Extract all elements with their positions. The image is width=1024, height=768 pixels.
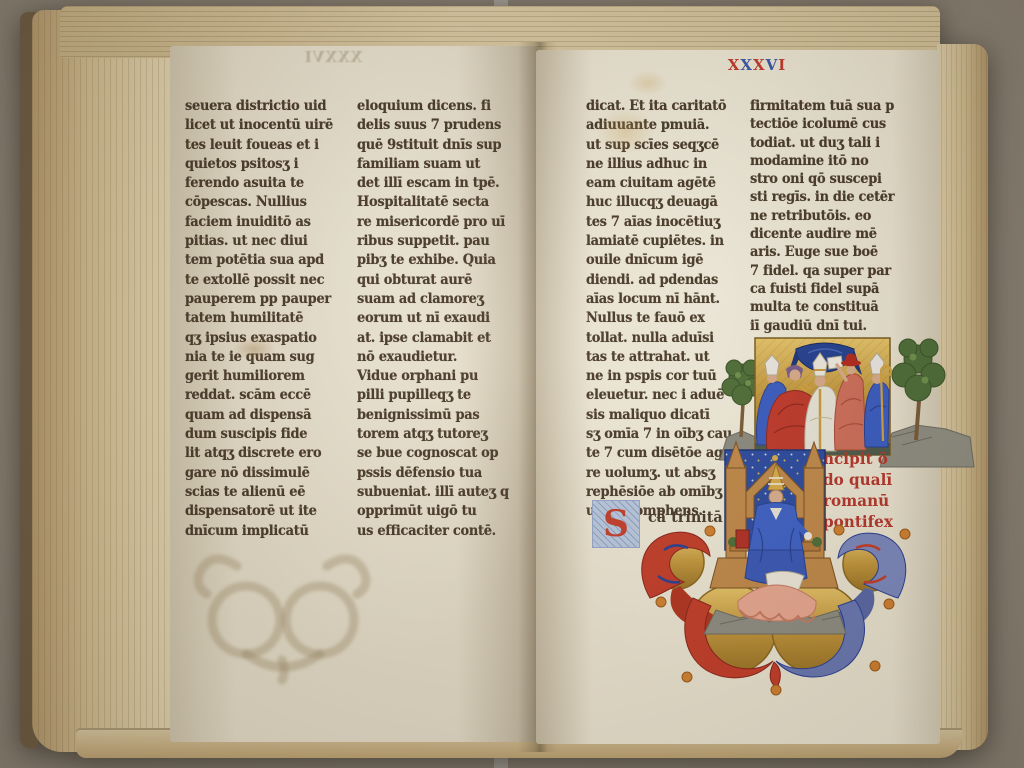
text-line: lamiatē cupiētes. in — [586, 232, 742, 251]
text-line: huc illucqʒ deuagā — [586, 193, 742, 212]
photo-backdrop: XXXVI seuera districtio uidlicet ut inoc… — [0, 0, 1024, 768]
text-line: benignissimū pas — [357, 406, 513, 425]
text-line: tollat. nulla aduīsi — [586, 329, 742, 348]
right-page: XXXVI dicat. Et ita caritatōadiuuante pm… — [536, 50, 940, 744]
folio-letter: I — [778, 56, 786, 74]
folio-letter: X — [728, 56, 741, 74]
text-line: dicente audire mē — [750, 225, 906, 243]
text-line: todiat. ut duʒ tali i — [750, 134, 906, 152]
text-line: pssis dēfensio tua — [357, 464, 513, 483]
folio-letter: X — [740, 56, 753, 74]
text-line: familiam suam ut — [357, 155, 513, 174]
parchment-stain — [628, 70, 668, 96]
text-line: reddat. scām eccē — [185, 386, 341, 405]
text-line: at. ipse clamabit et — [357, 329, 513, 348]
text-line: gerit humiliorem — [185, 367, 341, 386]
text-line: pibʒ te exhibe. Quia — [357, 251, 513, 270]
text-line: delis suus 7 prudens — [357, 116, 513, 135]
left-page: XXXVI seuera districtio uidlicet ut inoc… — [170, 46, 538, 742]
text-line: ne in pspis cor tuū — [586, 367, 742, 386]
ornament-showthrough-ghost — [182, 538, 392, 688]
left-column-1: seuera districtio uidlicet ut inocentū u… — [185, 97, 347, 541]
text-line: sis maliquo dicatī — [586, 406, 742, 425]
text-line: aīas locum nī hānt. — [586, 290, 742, 309]
text-line: pauperem pp pauper — [185, 290, 341, 309]
text-line: dispensatorē ut ite — [185, 502, 341, 521]
text-line: pilli pupilleqʒ te — [357, 386, 513, 405]
text-line: lit atqʒ discrete ero — [185, 444, 341, 463]
text-line: eam ciuitam agētē — [586, 174, 742, 193]
text-line: faciem inuiditō as — [185, 213, 341, 232]
text-line: ouile dnīcum igē — [586, 251, 742, 270]
text-line: cōpescas. Nullius — [185, 193, 341, 212]
text-line: tatem humilitatē — [185, 309, 341, 328]
tree-right — [892, 339, 945, 440]
text-line: te extollē possit nec — [185, 271, 341, 290]
text-line: nō exaudietur. — [357, 348, 513, 367]
text-line: torem atqʒ tutoreʒ — [357, 425, 513, 444]
text-line: licet ut inocentū uirē — [185, 116, 341, 135]
text-line: eloquium dicens. fi — [357, 97, 513, 116]
text-line: ferendo asuita te — [185, 174, 341, 193]
text-line: ut sup scīes seqʒcē — [586, 136, 742, 155]
text-line: tes 7 aīas inocētiuʒ — [586, 213, 742, 232]
text-line: qʒ ipsius exaspatio — [185, 329, 341, 348]
left-column-2: eloquium dicens. fidelis suus 7 prudensq… — [357, 97, 519, 541]
text-line: firmitatem tuā sua p — [750, 97, 906, 115]
text-line: 7 fidel. qa super par — [750, 262, 906, 280]
text-line: det illī escam in tpē. — [357, 174, 513, 193]
illuminated-initial — [580, 438, 940, 700]
text-line: Vidue orphani pu — [357, 367, 513, 386]
ghost-folio-number: XXXVI — [298, 48, 368, 66]
text-line: tas te attrahat. ut — [586, 348, 742, 367]
text-line: quietos psitosʒ i — [185, 155, 341, 174]
text-line: tectiōe icolumē cus — [750, 115, 906, 133]
text-line: scias te alienū eē — [185, 483, 341, 502]
right-column-2: firmitatem tuā sua ptectiōe icolumē cust… — [750, 97, 912, 335]
text-line: pitias. ut nec diui — [185, 232, 341, 251]
text-line: gare nō dissimulē — [185, 464, 341, 483]
text-line: sti regīs. in die cetēr — [750, 188, 906, 206]
text-line: nia te ie quam sug — [185, 348, 341, 367]
text-line: ribus suppetit. pau — [357, 232, 513, 251]
text-line: dum suscipis fide — [185, 425, 341, 444]
text-line: tes leuit foueas et i — [185, 136, 341, 155]
text-line: multa te constituā — [750, 298, 906, 316]
text-line: diendi. ad pdendas — [586, 271, 742, 290]
hanging-bud — [770, 662, 780, 688]
text-line: se bue cognoscat op — [357, 444, 513, 463]
text-line: ne illius adhuc in — [586, 155, 742, 174]
text-line: eorum ut nī exaudi — [357, 309, 513, 328]
text-line: quam ad dispensā — [185, 406, 341, 425]
text-line: opprimūt uigō tu — [357, 502, 513, 521]
text-line: aris. Euge sue boē — [750, 243, 906, 261]
text-line: quē 9stituit dnīs sup — [357, 136, 513, 155]
text-line: re misericordē pro uī — [357, 213, 513, 232]
folio-number: XXXVI — [722, 56, 792, 74]
text-line: subueniat. illī auteʒ q — [357, 483, 513, 502]
text-line: dicat. Et ita caritatō — [586, 97, 742, 116]
text-line: Nullus te fauō ex — [586, 309, 742, 328]
manuscript-book: XXXVI seuera districtio uidlicet ut inoc… — [20, 6, 988, 758]
text-line: adiuuante pmuiā. — [586, 116, 742, 135]
text-line: tem potētia sua apd — [185, 251, 341, 270]
text-line: ca fuisti fidel supā — [750, 280, 906, 298]
text-line: Hospitalitatē secta — [357, 193, 513, 212]
text-line: modamine itō no — [750, 152, 906, 170]
text-line: ne retributōis. eo — [750, 207, 906, 225]
text-line: qui obturat aurē — [357, 271, 513, 290]
folio-letter: X — [753, 56, 766, 74]
folio-letter: V — [766, 56, 779, 74]
text-line: seuera districtio uid — [185, 97, 341, 116]
text-line: suam ad clamoreʒ — [357, 290, 513, 309]
text-line: eleuetur. nec i aduē — [586, 386, 742, 405]
text-line: stro oni qō suscepi — [750, 170, 906, 188]
